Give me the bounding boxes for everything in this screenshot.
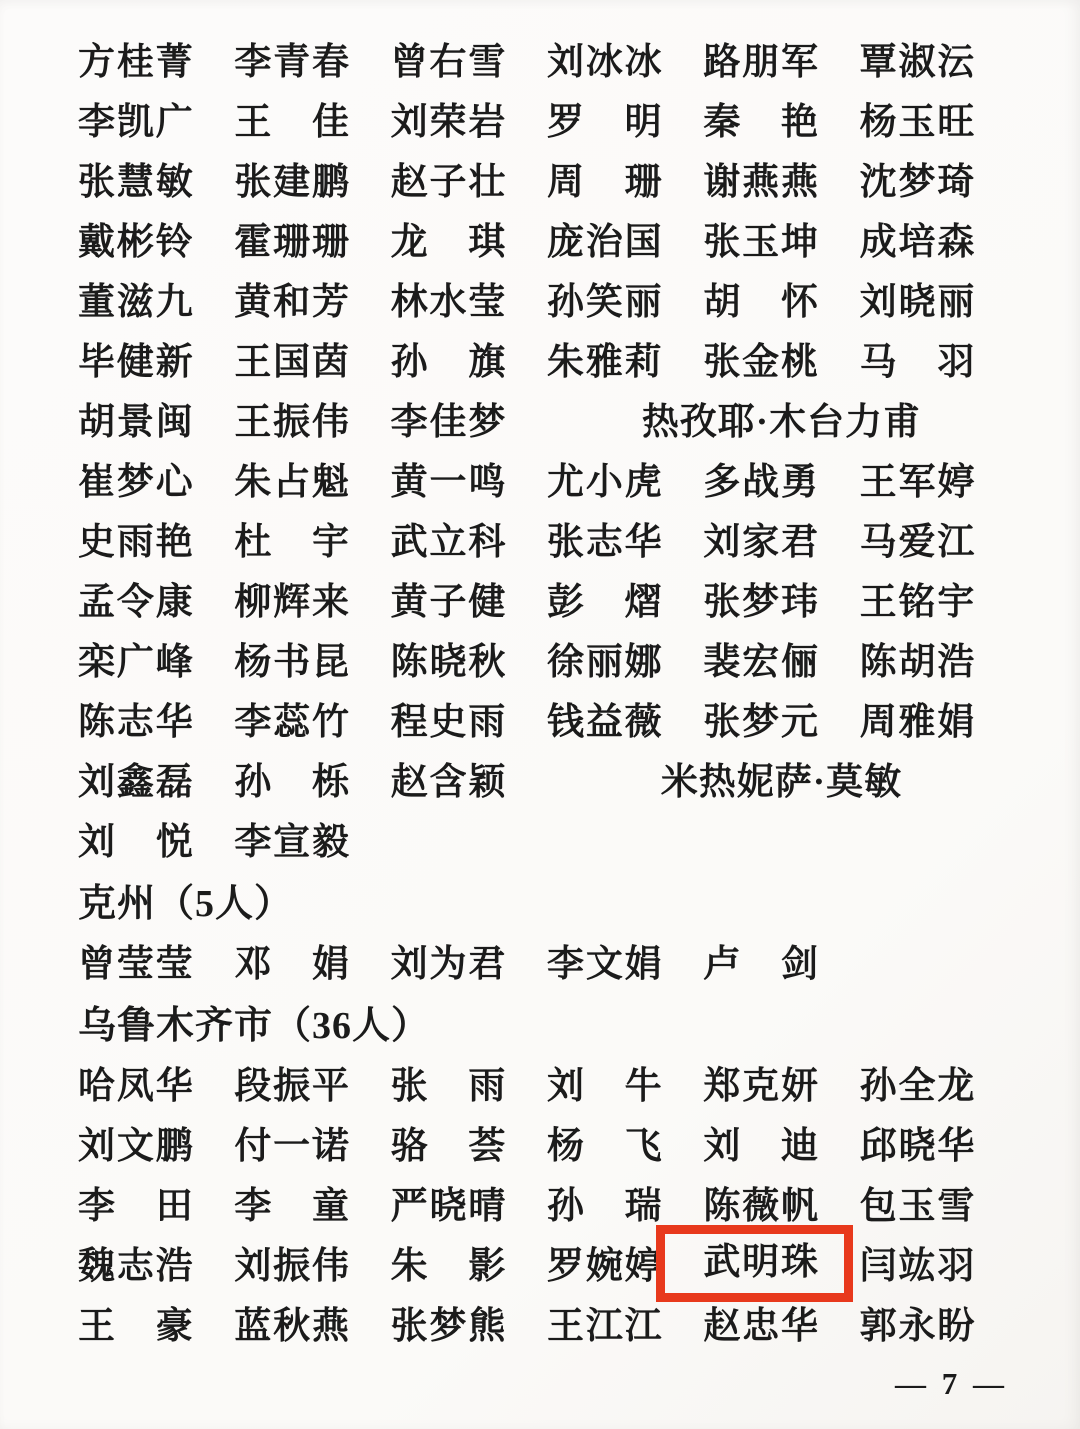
name-cell: 周雅娟: [860, 691, 1016, 745]
person-name: 黄和芳: [234, 271, 349, 325]
name-row: 李田李童严晓晴孙瑞陈薇帆包玉雪: [78, 1172, 1016, 1232]
person-name: 郭永盼: [860, 1295, 975, 1349]
name-cell: 李凯广: [78, 91, 234, 145]
name-cell: 杨飞: [547, 1115, 703, 1169]
person-name: 王豪: [78, 1295, 193, 1349]
name-cell: 王军婷: [860, 451, 1016, 505]
name-row: 陈志华李蕊竹程史雨钱益薇张梦元周雅娟: [78, 688, 1016, 748]
person-name: 武立科: [391, 511, 506, 565]
name-cell: 刘为君: [391, 933, 547, 987]
person-name: 王江江: [547, 1295, 662, 1349]
name-cell: 黄和芳: [234, 271, 390, 325]
person-name: 马羽: [860, 331, 975, 385]
person-name: 多战勇: [703, 451, 818, 505]
person-name: 卢剑: [703, 933, 818, 987]
person-name: 刘文鹏: [78, 1115, 193, 1169]
name-cell: 刘鑫磊: [78, 751, 234, 805]
person-name: 邱晓华: [860, 1115, 975, 1169]
person-name: 杨书昆: [234, 631, 349, 685]
name-cell: 曾右雪: [391, 31, 547, 85]
person-name: 孙笑丽: [547, 271, 662, 325]
person-name: 柳辉来: [234, 571, 349, 625]
person-name: 戴彬铃: [78, 211, 193, 265]
name-row: 毕健新王国茵孙旗朱雅莉张金桃马羽: [78, 328, 1016, 388]
person-name: 刘鑫磊: [78, 751, 193, 805]
name-cell: 张慧敏: [78, 151, 234, 205]
person-name: 包玉雪: [860, 1175, 975, 1229]
name-row: 戴彬铃霍珊珊龙琪庞治国张玉坤成培森: [78, 208, 1016, 268]
person-name: 杜宇: [234, 511, 349, 565]
name-cell: 林水莹: [391, 271, 547, 325]
name-cell: 陈志华: [78, 691, 234, 745]
name-cell: 严晓晴: [391, 1175, 547, 1229]
page-number: — 7 —: [895, 1366, 1008, 1402]
person-name: 曾右雪: [391, 31, 506, 85]
person-name: 赵含颖: [391, 751, 506, 805]
person-name: 李童: [234, 1175, 349, 1229]
person-name: 裴宏俪: [703, 631, 818, 685]
person-name: 孙栎: [234, 751, 349, 805]
name-cell: 庞治国: [547, 211, 703, 265]
person-name: 霍珊珊: [234, 211, 349, 265]
person-name: 方桂菁: [78, 31, 193, 85]
person-name: 覃淑沄: [860, 31, 975, 85]
name-cell: 史雨艳: [78, 511, 234, 565]
person-name: 史雨艳: [78, 511, 193, 565]
person-name: 庞治国: [547, 211, 662, 265]
name-row: 胡景闽王振伟李佳梦热孜耶·木台力甫: [78, 388, 1016, 448]
person-name: 赵子壮: [391, 151, 506, 205]
name-cell: 张雨: [391, 1055, 547, 1109]
name-cell: 周珊: [547, 151, 703, 205]
person-name: 王铭宇: [860, 571, 975, 625]
name-cell: 张梦玮: [703, 571, 859, 625]
person-name: 李宣毅: [234, 811, 349, 865]
name-cell: 成培森: [860, 211, 1016, 265]
name-cell: 李蕊竹: [234, 691, 390, 745]
person-name: 孙旗: [391, 331, 506, 385]
name-cell: 杨玉旺: [860, 91, 1016, 145]
person-name: 刘晓丽: [860, 271, 975, 325]
name-cell: 王国茵: [234, 331, 390, 385]
person-name: 程史雨: [391, 691, 506, 745]
person-name: 路朋军: [703, 31, 818, 85]
name-row: 栾广峰杨书昆陈晓秋徐丽娜裴宏俪陈胡浩: [78, 628, 1016, 688]
person-name: 孟令康: [78, 571, 193, 625]
person-name: 王佳: [234, 91, 349, 145]
name-row: 刘悦李宣毅: [78, 808, 1016, 868]
name-cell: 李宣毅: [234, 811, 390, 865]
person-name: 李佳梦: [391, 391, 506, 445]
person-name: 黄子健: [391, 571, 506, 625]
name-row: 董滋九黄和芳林水莹孙笑丽胡怀刘晓丽: [78, 268, 1016, 328]
person-name: 李凯广: [78, 91, 193, 145]
person-name: 龙琪: [391, 211, 506, 265]
person-name: 孙全龙: [860, 1055, 975, 1109]
name-cell: 张志华: [547, 511, 703, 565]
name-cell: 胡景闽: [78, 391, 234, 445]
scanned-name-list-page: 方桂菁李青春曾右雪刘冰冰路朋军覃淑沄李凯广王佳刘荣岩罗明秦艳杨玉旺张慧敏张建鹏赵…: [0, 0, 1080, 1429]
name-cell: 王豪: [78, 1295, 234, 1349]
person-name: 付一诺: [234, 1115, 349, 1169]
person-name: 米热妮萨·莫敏: [661, 751, 902, 805]
name-cell: 刘悦: [78, 811, 234, 865]
person-name: 胡景闽: [78, 391, 193, 445]
name-cell: 段振平: [234, 1055, 390, 1109]
name-cell: 黄一鸣: [391, 451, 547, 505]
name-cell: 钱益薇: [547, 691, 703, 745]
name-cell: 邱晓华: [860, 1115, 1016, 1169]
person-name: 闫竑羽: [860, 1235, 975, 1289]
person-name: 李青春: [234, 31, 349, 85]
name-cell: 龙琪: [391, 211, 547, 265]
name-cell: 李童: [234, 1175, 390, 1229]
name-cell: 孙笑丽: [547, 271, 703, 325]
person-name: 哈凤华: [78, 1055, 193, 1109]
name-cell: 刘家君: [703, 511, 859, 565]
name-cell: 马爱江: [860, 511, 1016, 565]
person-name: 黄一鸣: [391, 451, 506, 505]
name-row: 孟令康柳辉来黄子健彭熠张梦玮王铭宇: [78, 568, 1016, 628]
name-cell: 方桂菁: [78, 31, 234, 85]
person-name: 张玉坤: [703, 211, 818, 265]
name-cell: 闫竑羽: [860, 1235, 1016, 1289]
person-name: 陈晓秋: [391, 631, 506, 685]
name-cell: 张金桃: [703, 331, 859, 385]
name-cell: 董滋九: [78, 271, 234, 325]
person-name: 曾莹莹: [78, 933, 193, 987]
name-cell: 哈凤华: [78, 1055, 234, 1109]
person-name: 王振伟: [234, 391, 349, 445]
person-name: 张建鹏: [234, 151, 349, 205]
person-name: 张梦熊: [391, 1295, 506, 1349]
person-name: 刘家君: [703, 511, 818, 565]
name-cell: 陈晓秋: [391, 631, 547, 685]
name-row: 曾莹莹邓娟刘为君李文娟卢剑: [78, 930, 1016, 990]
name-cell: 张玉坤: [703, 211, 859, 265]
name-cell: 孙全龙: [860, 1055, 1016, 1109]
name-cell: 卢剑: [703, 933, 859, 987]
name-cell: 刘振伟: [234, 1235, 390, 1289]
name-cell: 包玉雪: [860, 1175, 1016, 1229]
name-cell: 张梦熊: [391, 1295, 547, 1349]
person-name: 杨玉旺: [860, 91, 975, 145]
name-cell: 徐丽娜: [547, 631, 703, 685]
name-cell: 陈薇帆: [703, 1175, 859, 1229]
person-name: 彭熠: [547, 571, 662, 625]
person-name: 张慧敏: [78, 151, 193, 205]
name-cell: 赵忠华: [703, 1295, 859, 1349]
person-name: 周珊: [547, 151, 662, 205]
person-name: 成培森: [860, 211, 975, 265]
name-cell: 朱雅莉: [547, 331, 703, 385]
name-cell: 刘牛: [547, 1055, 703, 1109]
person-name: 刘荣岩: [391, 91, 506, 145]
name-cell: 郭永盼: [860, 1295, 1016, 1349]
person-name: 陈胡浩: [860, 631, 975, 685]
person-name: 李蕊竹: [234, 691, 349, 745]
name-cell: 多战勇: [703, 451, 859, 505]
name-cell: 李田: [78, 1175, 234, 1229]
name-cell: 热孜耶·木台力甫: [547, 391, 1016, 445]
name-cell: 黄子健: [391, 571, 547, 625]
person-name: 王国茵: [234, 331, 349, 385]
name-cell: 戴彬铃: [78, 211, 234, 265]
name-cell: 刘文鹏: [78, 1115, 234, 1169]
person-name: 张金桃: [703, 331, 818, 385]
person-name: 骆荟: [391, 1115, 506, 1169]
person-name: 罗婉婷: [547, 1235, 662, 1289]
person-name: 胡怀: [703, 271, 818, 325]
person-name: 刘冰冰: [547, 31, 662, 85]
person-name: 罗明: [547, 91, 662, 145]
person-name: 杨飞: [547, 1115, 662, 1169]
name-row: 崔梦心朱占魁黄一鸣尤小虎多战勇王军婷: [78, 448, 1016, 508]
person-name: 热孜耶·木台力甫: [642, 391, 921, 445]
person-name: 严晓晴: [391, 1175, 506, 1229]
person-name: 周雅娟: [860, 691, 975, 745]
name-row: 哈凤华段振平张雨刘牛郑克妍孙全龙: [78, 1052, 1016, 1112]
name-cell: 覃淑沄: [860, 31, 1016, 85]
name-cell: 毕健新: [78, 331, 234, 385]
name-cell: 邓娟: [234, 933, 390, 987]
name-cell: 张建鹏: [234, 151, 390, 205]
name-cell: 武立科: [391, 511, 547, 565]
person-name: 朱影: [391, 1235, 506, 1289]
name-cell: 孙栎: [234, 751, 390, 805]
person-name: 崔梦心: [78, 451, 193, 505]
person-name: 陈志华: [78, 691, 193, 745]
name-cell: 杜宇: [234, 511, 390, 565]
name-cell: 张梦元: [703, 691, 859, 745]
name-cell: 程史雨: [391, 691, 547, 745]
person-name: 尤小虎: [547, 451, 662, 505]
name-cell: 胡怀: [703, 271, 859, 325]
person-name: 段振平: [234, 1055, 349, 1109]
person-name: 孙瑞: [547, 1175, 662, 1229]
name-cell: 郑克妍: [703, 1055, 859, 1109]
name-row: 刘文鹏付一诺骆荟杨飞刘迪邱晓华: [78, 1112, 1016, 1172]
person-name: 董滋九: [78, 271, 193, 325]
person-name: 刘迪: [703, 1115, 818, 1169]
person-name: 秦艳: [703, 91, 818, 145]
person-name: 张梦元: [703, 691, 818, 745]
name-cell: 刘迪: [703, 1115, 859, 1169]
person-name: 邓娟: [234, 933, 349, 987]
person-name: 李田: [78, 1175, 193, 1229]
name-cell: 赵子壮: [391, 151, 547, 205]
name-row: 李凯广王佳刘荣岩罗明秦艳杨玉旺: [78, 88, 1016, 148]
section-header: 乌鲁木齐市（36人）: [78, 990, 1016, 1052]
person-name: 朱占魁: [234, 451, 349, 505]
person-name: 王军婷: [860, 451, 975, 505]
person-name: 陈薇帆: [703, 1175, 818, 1229]
name-row: 张慧敏张建鹏赵子壮周珊谢燕燕沈梦琦: [78, 148, 1016, 208]
name-cell: 米热妮萨·莫敏: [547, 751, 1016, 805]
person-name: 马爱江: [860, 511, 975, 565]
sections: 方桂菁李青春曾右雪刘冰冰路朋军覃淑沄李凯广王佳刘荣岩罗明秦艳杨玉旺张慧敏张建鹏赵…: [78, 28, 1016, 1352]
name-row: 刘鑫磊孙栎赵含颖米热妮萨·莫敏: [78, 748, 1016, 808]
name-cell: 霍珊珊: [234, 211, 390, 265]
name-cell: 马羽: [860, 331, 1016, 385]
name-cell: 骆荟: [391, 1115, 547, 1169]
person-name: 毕健新: [78, 331, 193, 385]
name-cell: 彭熠: [547, 571, 703, 625]
name-cell: 王振伟: [234, 391, 390, 445]
name-cell: 刘荣岩: [391, 91, 547, 145]
person-name: 武明珠: [703, 1244, 818, 1281]
person-name: 郑克妍: [703, 1055, 818, 1109]
person-name: 刘为君: [391, 933, 506, 987]
name-row: 方桂菁李青春曾右雪刘冰冰路朋军覃淑沄: [78, 28, 1016, 88]
name-cell: 杨书昆: [234, 631, 390, 685]
person-name: 谢燕燕: [703, 151, 818, 205]
person-name: 林水莹: [391, 271, 506, 325]
name-cell: 曾莹莹: [78, 933, 234, 987]
name-cell: 李文娟: [547, 933, 703, 987]
name-cell: 栾广峰: [78, 631, 234, 685]
section-header: 克州（5人）: [78, 868, 1016, 930]
person-name: 徐丽娜: [547, 631, 662, 685]
name-cell: 李佳梦: [391, 391, 547, 445]
name-cell: 裴宏俪: [703, 631, 859, 685]
name-cell: 赵含颖: [391, 751, 547, 805]
name-row: 王豪蓝秋燕张梦熊王江江赵忠华郭永盼: [78, 1292, 1016, 1352]
person-name: 朱雅莉: [547, 331, 662, 385]
person-name: 沈梦琦: [860, 151, 975, 205]
name-cell: 刘冰冰: [547, 31, 703, 85]
person-name: 魏志浩: [78, 1235, 193, 1289]
name-row: 魏志浩刘振伟朱影罗婉婷武明珠闫竑羽: [78, 1232, 1016, 1292]
name-cell: 朱影: [391, 1235, 547, 1289]
name-cell: 陈胡浩: [860, 631, 1016, 685]
name-cell: 柳辉来: [234, 571, 390, 625]
person-name: 钱益薇: [547, 691, 662, 745]
name-cell: 刘晓丽: [860, 271, 1016, 325]
name-cell: 李青春: [234, 31, 390, 85]
person-name: 刘牛: [547, 1055, 662, 1109]
highlight-box: 武明珠: [656, 1225, 853, 1302]
person-name: 张梦玮: [703, 571, 818, 625]
name-cell: 孟令康: [78, 571, 234, 625]
name-cell: 魏志浩: [78, 1235, 234, 1289]
name-cell: 崔梦心: [78, 451, 234, 505]
name-cell: 王铭宇: [860, 571, 1016, 625]
person-name: 刘振伟: [234, 1235, 349, 1289]
name-cell: 谢燕燕: [703, 151, 859, 205]
person-name: 刘悦: [78, 811, 193, 865]
name-cell: 蓝秋燕: [234, 1295, 390, 1349]
person-name: 张志华: [547, 511, 662, 565]
person-name: 蓝秋燕: [234, 1295, 349, 1349]
person-name: 栾广峰: [78, 631, 193, 685]
name-row: 史雨艳杜宇武立科张志华刘家君马爱江: [78, 508, 1016, 568]
name-cell: 王佳: [234, 91, 390, 145]
person-name: 李文娟: [547, 933, 662, 987]
person-name: 张雨: [391, 1055, 506, 1109]
name-cell: 孙瑞: [547, 1175, 703, 1229]
name-cell: 朱占魁: [234, 451, 390, 505]
person-name: 赵忠华: [703, 1295, 818, 1349]
name-cell: 尤小虎: [547, 451, 703, 505]
name-cell: 王江江: [547, 1295, 703, 1349]
highlighted-name-cell: 武明珠: [703, 1244, 859, 1281]
name-cell: 沈梦琦: [860, 151, 1016, 205]
name-cell: 孙旗: [391, 331, 547, 385]
name-cell: 路朋军: [703, 31, 859, 85]
name-cell: 秦艳: [703, 91, 859, 145]
name-cell: 罗明: [547, 91, 703, 145]
name-cell: 付一诺: [234, 1115, 390, 1169]
